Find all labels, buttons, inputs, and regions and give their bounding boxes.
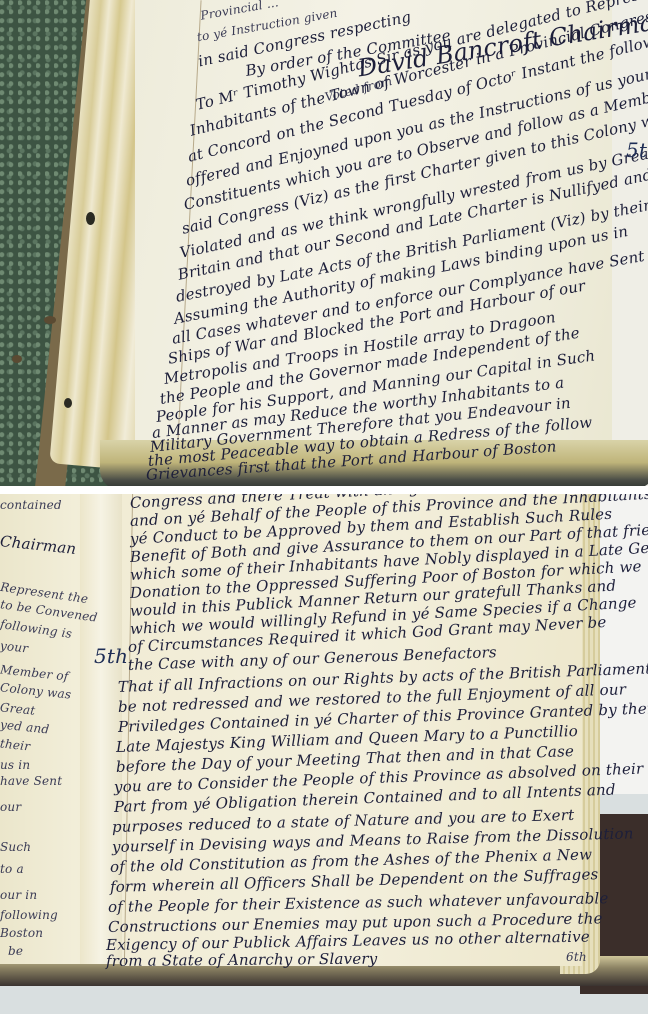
ink-stain (44, 316, 56, 324)
photo-top-manuscript-page: Provincial ... to yé Instruction given i… (0, 0, 648, 486)
left-page-fragment: your (0, 639, 29, 656)
footer-note: 6th (566, 950, 587, 964)
left-page-fragment: following (0, 908, 58, 922)
left-page-fragment: our in (0, 888, 37, 902)
left-page-fragment: contained (0, 498, 62, 512)
ink-stain (12, 355, 22, 363)
left-page-fragment: have Sent (0, 774, 62, 788)
manuscript-line: from a State of Anarchy or Slavery (106, 950, 378, 970)
photo-divider (0, 486, 648, 494)
left-page-fragment: to a (0, 862, 24, 876)
left-page-fragment: be (8, 944, 23, 958)
ink-stain (86, 212, 95, 225)
margin-note: 5th (94, 644, 128, 668)
left-page-fragment: Boston (0, 926, 43, 940)
left-page-fragment: us in (0, 758, 30, 772)
left-page-fragment: their (0, 736, 31, 753)
ink-stain (64, 398, 72, 408)
margin-note: 5th (626, 138, 648, 162)
left-page-fragment: Such (0, 840, 31, 854)
left-page-fragment: our (0, 800, 21, 814)
photo-bottom-manuscript-spread: contained Chairman Represent the to be C… (0, 494, 648, 1014)
